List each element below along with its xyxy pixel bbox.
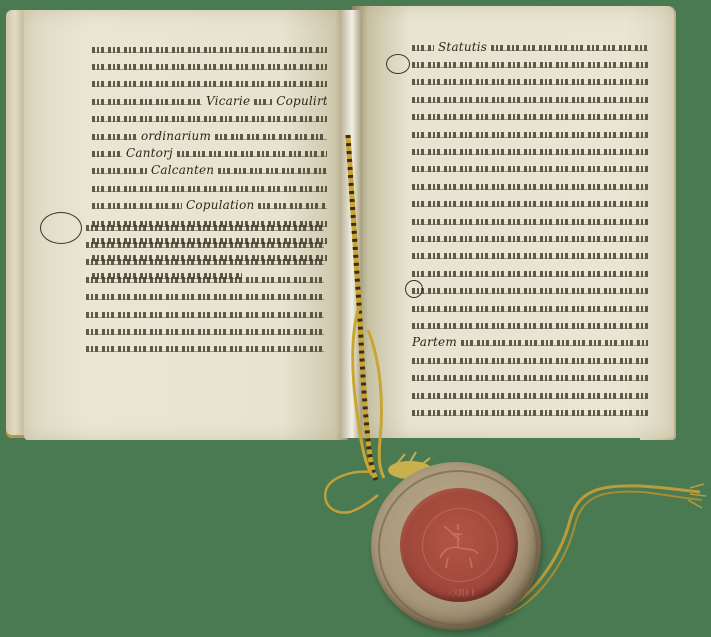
horse-rider-emblem-icon [430, 518, 490, 574]
seal-cord [0, 0, 711, 637]
seal-legend: ᚲᚷᛞᛒᚱ [432, 588, 492, 597]
manuscript-photo: VicarieCopulirt ordinarium Cantorj Calca… [0, 0, 711, 637]
